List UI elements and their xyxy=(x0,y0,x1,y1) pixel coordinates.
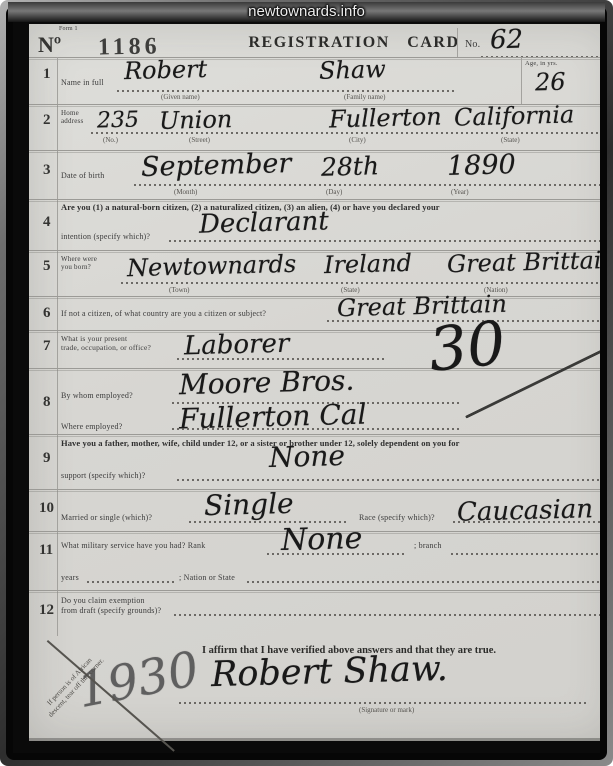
dob-month-value: September xyxy=(141,148,292,183)
row-6-number: 6 xyxy=(43,305,51,322)
home-label-2: address xyxy=(61,117,83,125)
military-label: What military service have you had? Rank xyxy=(61,541,205,550)
trade-line xyxy=(177,358,387,360)
born-town-value: Newtownards xyxy=(127,250,297,282)
row-2-number: 2 xyxy=(43,112,51,129)
age-label: Age, in yrs. xyxy=(525,60,558,67)
row-5-rule xyxy=(29,296,600,297)
row-7-number: 7 xyxy=(43,338,51,355)
row-8-rule xyxy=(29,434,600,435)
city-value: Fullerton xyxy=(329,103,442,134)
born-label-1: Where were xyxy=(61,255,97,263)
born-nation-value: Great Brittain xyxy=(447,246,600,278)
years-line xyxy=(87,581,175,583)
row-11-number: 11 xyxy=(39,542,53,559)
name-line xyxy=(117,90,457,92)
row-12-number: 12 xyxy=(39,602,54,619)
born-state-value: Ireland xyxy=(324,249,413,279)
row-8-number: 8 xyxy=(43,394,51,411)
address-line xyxy=(91,132,600,134)
row-11-rule xyxy=(29,590,600,591)
family-name-value: Shaw xyxy=(319,55,386,85)
row-6-rule xyxy=(29,330,600,331)
name-label: Name in full xyxy=(61,78,104,87)
home-label-1: Home xyxy=(61,109,79,117)
age-box-divider xyxy=(521,57,522,104)
citizen-question-2: intention (specify which)? xyxy=(61,232,150,241)
dob-line xyxy=(134,184,600,186)
row-9-number: 9 xyxy=(43,450,51,467)
registration-card: Form 1 Nº 1186 REGISTRATION CARD No. 62 … xyxy=(29,24,600,741)
citizen-line xyxy=(169,240,600,242)
dob-year-value: 1890 xyxy=(447,149,517,182)
annotation-30: 30 xyxy=(426,308,509,386)
framed-scan: newtownards.info Form 1 Nº 1186 REGISTRA… xyxy=(0,0,613,766)
employer-label: By whom employed? xyxy=(61,391,133,400)
dependents-question-2: support (specify which)? xyxy=(61,471,145,480)
signature-sublabel: (Signature or mark) xyxy=(359,706,414,714)
where-employed-line xyxy=(172,428,462,430)
trade-label-2: trade, occupation, or office? xyxy=(61,343,151,352)
row-10-number: 10 xyxy=(39,500,54,517)
born-line xyxy=(121,282,600,284)
employer-value: Moore Bros. xyxy=(179,364,355,402)
row-1-number: 1 xyxy=(43,66,51,83)
header-rule xyxy=(29,57,600,58)
married-label: Married or single (which)? xyxy=(61,513,152,522)
exemption-line xyxy=(174,614,600,616)
dob-day-value: 28th xyxy=(321,151,380,182)
card-no-value: 62 xyxy=(490,25,524,56)
dob-label: Date of birth xyxy=(61,171,104,180)
row-number-divider xyxy=(57,57,58,636)
signature-value: Robert Shaw. xyxy=(211,649,449,695)
family-name-sublabel: (Family name) xyxy=(344,93,385,101)
race-line xyxy=(453,521,600,523)
state-sublabel: (State) xyxy=(501,136,520,144)
serial-no-label: Nº xyxy=(38,32,61,58)
trade-label-1: What is your present xyxy=(61,334,127,343)
married-value: Single xyxy=(204,487,294,522)
race-label: Race (specify which)? xyxy=(359,513,435,522)
row-9-rule xyxy=(29,489,600,490)
dependents-answer: None xyxy=(269,439,346,474)
trade-answer: Laborer xyxy=(184,329,290,362)
dependents-line xyxy=(177,479,600,481)
age-value: 26 xyxy=(535,68,566,97)
row-4-number: 4 xyxy=(43,214,51,231)
citizen-answer: Declarant xyxy=(199,206,329,239)
given-name-value: Robert xyxy=(124,55,208,85)
scan-area: Form 1 Nº 1186 REGISTRATION CARD No. 62 … xyxy=(13,13,600,753)
dob-year-sublabel: (Year) xyxy=(451,188,469,196)
nation-state-line xyxy=(247,581,600,583)
exemption-label-1: Do you claim exemption xyxy=(61,596,145,605)
rank-line xyxy=(267,553,405,555)
card-no-label: No. xyxy=(465,39,480,50)
card-title: REGISTRATION CARD xyxy=(219,34,489,52)
city-sublabel: (City) xyxy=(349,136,366,144)
signature-line xyxy=(179,702,589,704)
address-no-value: 235 xyxy=(97,107,140,133)
street-value: Union xyxy=(159,105,233,135)
dob-month-sublabel: (Month) xyxy=(174,188,197,196)
state-value: California xyxy=(454,100,575,131)
row-3-number: 3 xyxy=(43,162,51,179)
branch-label: ; branch xyxy=(414,541,442,550)
dob-day-sublabel: (Day) xyxy=(326,188,342,196)
branch-line xyxy=(451,553,600,555)
row-5-number: 5 xyxy=(43,258,51,275)
subject-question: If not a citizen, of what country are yo… xyxy=(61,309,266,318)
dependents-question-1: Have you a father, mother, wife, child u… xyxy=(61,438,460,448)
address-no-sublabel: (No.) xyxy=(103,136,118,144)
born-label-2: you born? xyxy=(61,263,91,271)
exemption-label-2: from draft (specify grounds)? xyxy=(61,606,161,615)
where-employed-label: Where employed? xyxy=(61,422,122,431)
given-name-sublabel: (Given name) xyxy=(161,93,200,101)
nation-state-label: ; Nation or State xyxy=(179,573,235,582)
years-label: years xyxy=(61,573,79,582)
card-no-divider xyxy=(457,28,458,57)
born-town-sublabel: (Town) xyxy=(169,286,190,294)
site-watermark: newtownards.info xyxy=(0,3,613,20)
row-3-rule xyxy=(29,199,600,200)
street-sublabel: (Street) xyxy=(189,136,210,144)
form-number-label: Form 1 xyxy=(59,26,78,32)
